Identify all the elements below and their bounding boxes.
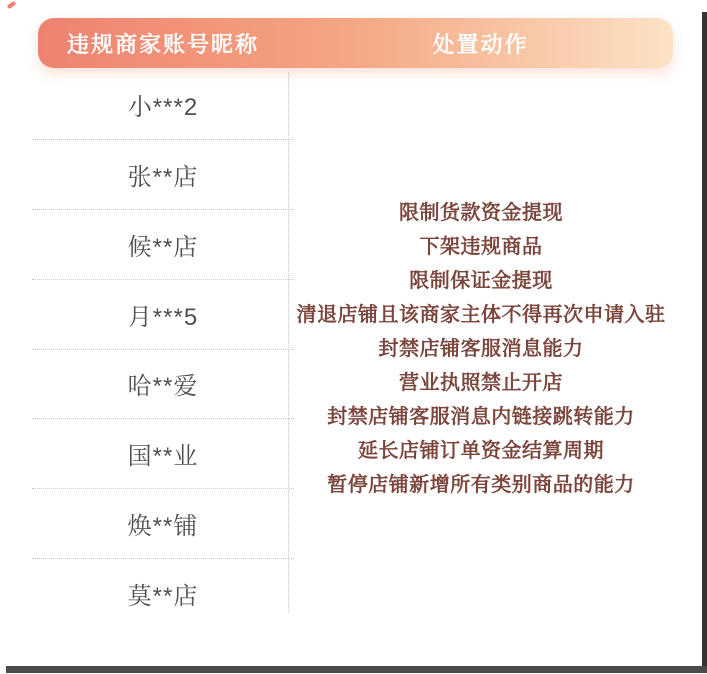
action-line: 暂停店铺新增所有类别商品的能力: [327, 468, 635, 502]
action-line: 封禁店铺客服消息能力: [379, 332, 584, 366]
merchant-name-cell: 莫**店: [32, 559, 294, 628]
window-bottom-edge: [6, 666, 707, 673]
action-line: 封禁店铺客服消息内链接跳转能力: [327, 400, 635, 434]
action-line: 下架违规商品: [420, 230, 543, 264]
action-line: 营业执照禁止开店: [399, 366, 563, 400]
header-disposal-action: 处置动作: [288, 28, 673, 59]
header-violating-merchant-nickname: 违规商家账号昵称: [38, 28, 288, 59]
action-line: 延长店铺订单资金结算周期: [358, 434, 604, 468]
merchant-name-cell: 哈**爱: [32, 350, 294, 420]
merchant-name-cell: 国**业: [32, 419, 294, 489]
action-line: 限制保证金提现: [409, 264, 553, 298]
window-right-edge: [702, 12, 707, 673]
action-line: 限制货款资金提现: [399, 196, 563, 230]
merchant-name-cell: 月***5: [32, 280, 294, 350]
corner-tick-mark: [7, 1, 17, 9]
merchant-name-cell: 候**店: [32, 210, 294, 280]
announcement-table: 违规商家账号昵称 处置动作 小***2张**店候**店月***5哈**爱国**业…: [0, 0, 707, 674]
action-line: 清退店铺且该商家主体不得再次申请入驻: [297, 298, 666, 332]
table-header-bar: 违规商家账号昵称 处置动作: [38, 18, 673, 68]
disposal-action-column: 限制货款资金提现下架违规商品限制保证金提现清退店铺且该商家主体不得再次申请入驻封…: [289, 70, 673, 628]
merchant-name-cell: 张**店: [32, 140, 294, 210]
merchant-name-cell: 焕**铺: [32, 489, 294, 559]
merchant-name-cell: 小***2: [32, 70, 294, 140]
merchant-name-column: 小***2张**店候**店月***5哈**爱国**业焕**铺莫**店: [38, 70, 288, 628]
